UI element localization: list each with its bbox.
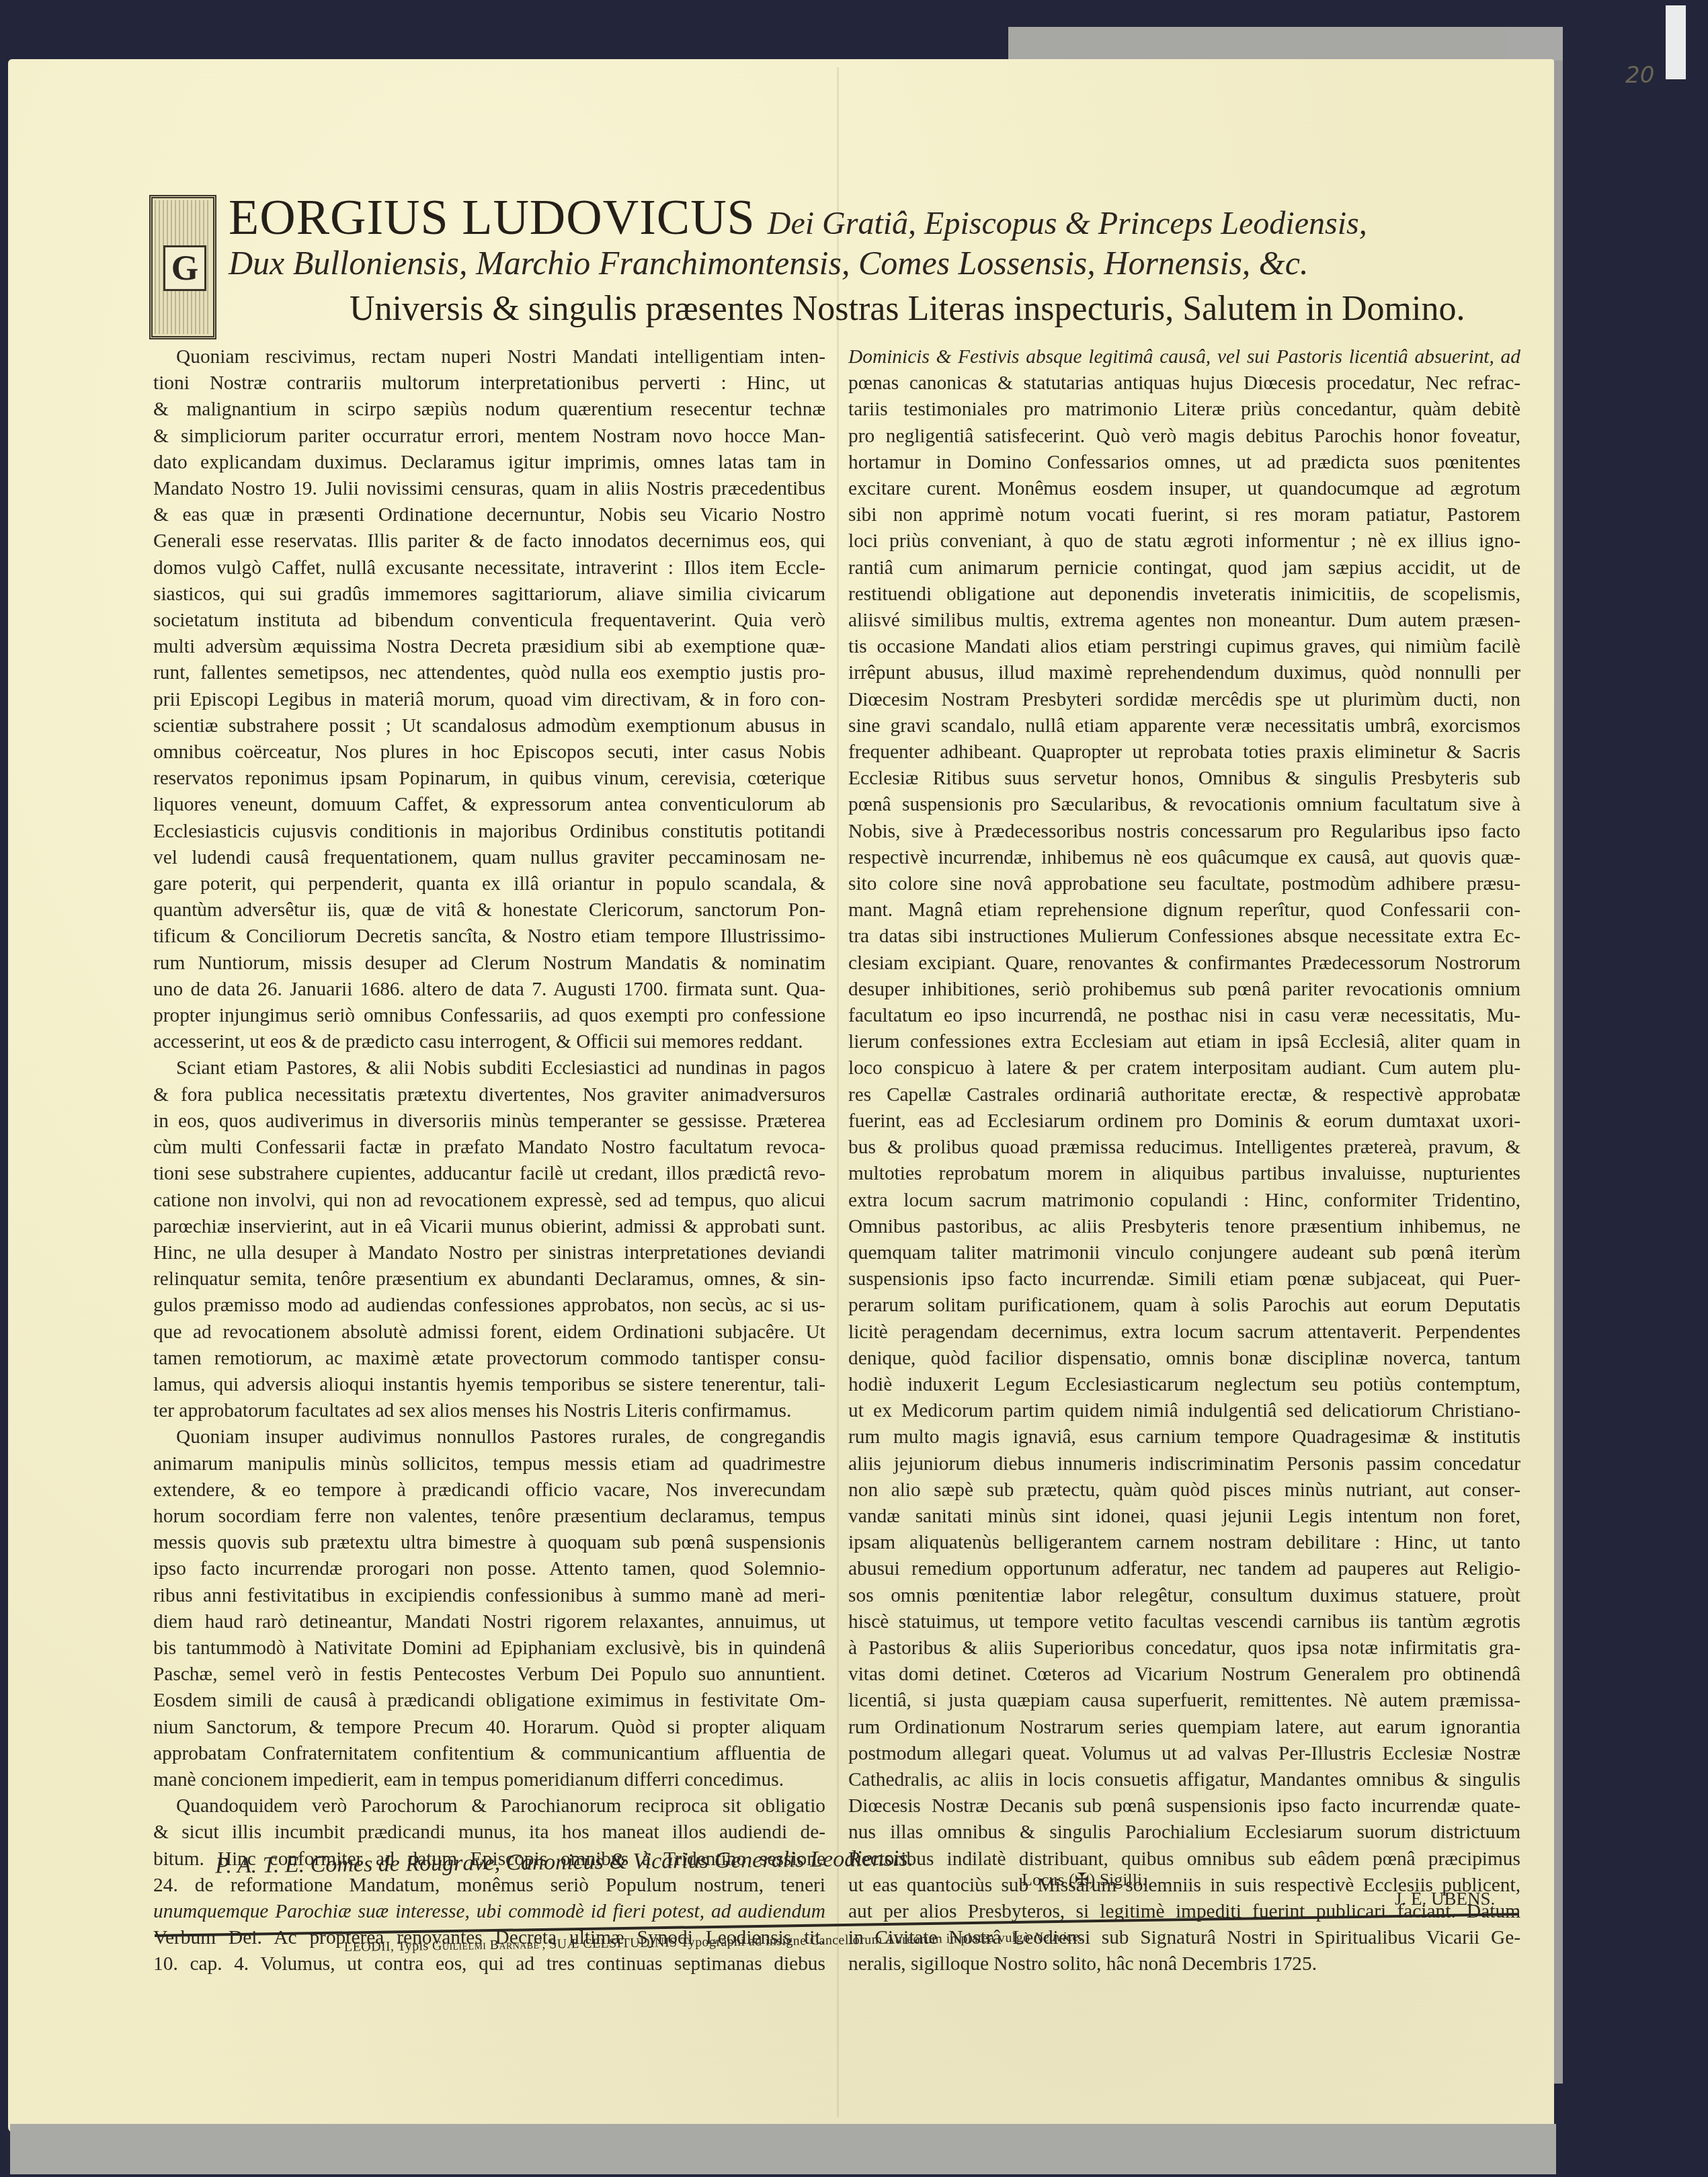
text-line: siasticos, qui sui gradûs immemores sagi… [153, 581, 825, 608]
text-line: nus illas omnibus & singulis Parochialiu… [848, 1819, 1520, 1846]
text-line: denique, quòd facilior dispensatio, omni… [848, 1346, 1520, 1372]
text-line: horum socordiam ferre non valentes, tenô… [153, 1504, 825, 1530]
text-line: non alio sæpè sub prætectu, quàm quòd pi… [848, 1477, 1520, 1504]
text-line: perarum solitam purificationem, quam à s… [848, 1292, 1520, 1319]
scan-calibration-strip [1666, 5, 1686, 79]
text-line: fuerint, eas ad Ecclesiarum ordinem pro … [848, 1108, 1520, 1135]
text-line: cùm multi Confessarii factæ in præfato M… [153, 1135, 825, 1161]
text-line: tioni Nostræ contrariis multorum interpr… [153, 370, 825, 397]
text-line: Ecclesiæ Ritibus suus servetur honos, Om… [848, 766, 1520, 792]
text-line: Quoniam insuper audivimus nonnullos Past… [153, 1424, 825, 1450]
text-line: pro negligentiâ satisfecerint. Quò verò … [848, 423, 1520, 450]
text-line: scientiæ substrahere possit ; Ut scandal… [153, 713, 825, 739]
text-line: hiscè statuimus, ut tempore vetito facul… [848, 1609, 1520, 1635]
text-line: catione non involvi, qui non ad revocati… [153, 1188, 825, 1214]
text-line: rum multo magis ignaviâ, esus carnium te… [848, 1424, 1520, 1450]
text-line: Eosdem simili de causâ à prædicandi obli… [153, 1688, 825, 1714]
text-line: uno de data 26. Januarii 1686. altero de… [153, 977, 825, 1003]
text-line: Dominicis & Festivis absque legitimâ cau… [848, 344, 1520, 370]
conservation-gauze-bottom [10, 2124, 1556, 2174]
text-line: Quoniam rescivimus, rectam nuperi Nostri… [153, 344, 825, 370]
text-line: ut ex Medicorum partim quidem nimiâ indu… [848, 1398, 1520, 1424]
text-line: desuper inhibitiones, seriò prohibemus s… [848, 977, 1520, 1003]
text-column-right: Dominicis & Festivis absque legitimâ cau… [848, 344, 1520, 1978]
text-line: rantiâ cum animarum pernicie contingat, … [848, 555, 1520, 581]
text-line: abusui remedium opportunum adferatur, ne… [848, 1556, 1520, 1582]
text-line: que ad revocationem absolutè admissi for… [153, 1319, 825, 1346]
text-line: Diœcesim Nostram Presbyteri sordidæ merc… [848, 687, 1520, 713]
text-line: messis quovis sub prætextu ultra bimestr… [153, 1530, 825, 1556]
text-line: ipso facto incurrendæ prorogari non poss… [153, 1556, 825, 1582]
text-line: nium Sanctorum, & tempore Precum 40. Hor… [153, 1715, 825, 1741]
text-line: aliis jejuniorum diebus innumeris indisc… [848, 1451, 1520, 1477]
text-line: Mandato Nostro 19. Julii novissimi censu… [153, 476, 825, 502]
text-line: 10. cap. 4. Volumus, ut contra eos, qui … [153, 1951, 825, 1977]
seal-suffix: ) Sigilli. [1090, 1870, 1147, 1889]
heading-line-1: EORGIUS LUDOVICUS Dei Gratiâ, Episcopus … [229, 190, 1367, 247]
text-line: unumquemque Parochiæ suæ interesse, ubi … [153, 1899, 825, 1925]
text-line: à Pastoribus & aliis Superioribus conced… [848, 1635, 1520, 1661]
text-line: sito colore sine novâ approbatione seu f… [848, 871, 1520, 897]
text-line: approbatam Confraternitatem confitentium… [153, 1741, 825, 1767]
text-line: parœchiæ inservierint, aut in eâ Vicarii… [153, 1214, 825, 1240]
text-line: gulos præmisso modo ad audiendas confess… [153, 1292, 825, 1319]
text-line: sine gravi scandalo, nullâ etiam apparen… [848, 713, 1520, 739]
text-line: Cathedralis, ac aliis in locis consuetis… [848, 1767, 1520, 1793]
text-line: in eos, quos audiverimus in diversoriis … [153, 1108, 825, 1135]
text-line: relinquatur semita, tenôre præsentium ex… [153, 1266, 825, 1292]
text-line: dato explicandam duximus. Declaramus igi… [153, 450, 825, 476]
cross-icon: ✠ [1075, 1870, 1090, 1889]
text-line: domos vulgò Caffet, nullâ excusante nece… [153, 555, 825, 581]
folio-number: 20 [1625, 62, 1654, 89]
text-line: Hinc, ne ulla desuper à Mandato Nostro p… [153, 1240, 825, 1266]
text-line: loco conspicuo à latere & per cratem int… [848, 1055, 1520, 1081]
text-line: loci priùs conveniant, à quo de statu æg… [848, 528, 1520, 554]
text-line: accesserint, ut eos & de prædicto casu i… [153, 1029, 825, 1055]
text-line: extendere, & eo tempore à prædicandi off… [153, 1477, 825, 1504]
text-line: tra datas sibi instructiones Mulierum Co… [848, 923, 1520, 950]
text-line: postmodum allegari queat. Volumus ut ad … [848, 1741, 1520, 1767]
text-line: Ecclesiasticis cujusvis conditionis in m… [153, 819, 825, 845]
text-line: bus & prolibus quoad præmissa reducimus.… [848, 1135, 1520, 1161]
text-line: tis occasione Mandati alios etiam perstr… [848, 634, 1520, 660]
imprint-street: Neuvice. [1034, 1930, 1083, 1945]
text-line: propter injungimus seriò omnibus Confess… [153, 1003, 825, 1029]
text-line: licentiâ, si justa quæpiam causa superfu… [848, 1688, 1520, 1714]
text-line: Omnibus pastoribus, ac aliis Presbyteris… [848, 1214, 1520, 1240]
text-line: lamus, qui adversis alioqui instantis hy… [153, 1372, 825, 1398]
text-line: neralis, sigilloque Nostro solito, hâc n… [848, 1951, 1520, 1977]
text-line: clesiam excipiant. Quare, renovantes & c… [848, 950, 1520, 977]
text-line: & sicut illis incumbit prædicandi munus,… [153, 1819, 825, 1846]
text-line: sibi non apprimè notum vocati fuerint, s… [848, 502, 1520, 528]
text-line: sos omnis pœnitentiæ labor relegêtur, co… [848, 1583, 1520, 1609]
text-column-left: Quoniam rescivimus, rectam nuperi Nostri… [153, 344, 825, 1978]
text-line: rum Nuntiorum, missis desuper ad Clerum … [153, 950, 825, 977]
text-line: Diœcesis Nostræ Decanis sub pœnâ suspens… [848, 1793, 1520, 1819]
text-line: vel ludendi causâ frequentationem, quam … [153, 845, 825, 871]
text-line: vandæ sanitati minùs sint idonei, quasi … [848, 1504, 1520, 1530]
seal-prefix: Locus ( [1022, 1870, 1075, 1889]
bishop-titles-1: Dei Gratiâ, Episcopus & Princeps Leodien… [768, 206, 1367, 241]
seal-place: Locus (✠) Sigilli. [1022, 1870, 1147, 1890]
text-line: quemquam taliter matrimonii vinculo conj… [848, 1240, 1520, 1266]
text-line: Paschæ, semel verò in festis Pentecostes… [153, 1661, 825, 1688]
text-line: reservatos reponimus ipsam Popinarum, in… [153, 766, 825, 792]
text-line: excitare curent. Monêmus eosdem insuper,… [848, 476, 1520, 502]
text-line: facultatum eo ipso incurrendâ, ne postha… [848, 1003, 1520, 1029]
text-line: Rectoribus indilatè distribuant, quibus … [848, 1846, 1520, 1873]
conservation-gauze-top [1008, 27, 1563, 60]
text-line: bis tantummodò à Nativitate Domini ad Ep… [153, 1635, 825, 1661]
text-line: Sciant etiam Pastores, & alii Nobis subd… [153, 1055, 825, 1081]
text-line: Generali esse reservatas. Illis pariter … [153, 528, 825, 554]
text-line: tamen remotiorum, ac maximè ætate provec… [153, 1346, 825, 1372]
text-line: pœnas canonicas & statutarias antiquas h… [848, 370, 1520, 397]
salutation: Universis & singulis præsentes Nostras L… [350, 289, 1465, 329]
fold-line [837, 67, 839, 2117]
text-line: res Capellæ Castrales ordinariâ authorit… [848, 1082, 1520, 1108]
text-line: multi adversùm æquissima Nostra Decreta … [153, 634, 825, 660]
text-line: & simpliciorum pariter occurratur errori… [153, 423, 825, 450]
initial-letter: G [163, 245, 206, 291]
text-line: ipsam aliquatenùs belligerantem carnem n… [848, 1530, 1520, 1556]
text-line: omnibus coërceatur, Nos plures in hoc Ep… [153, 739, 825, 766]
text-line: & fora publica necessitatis prætextu div… [153, 1082, 825, 1108]
secretary-signature: J. E. UBENS. [1395, 1889, 1495, 1909]
text-line: extra locum sacrum matrimonio copulandi … [848, 1188, 1520, 1214]
text-line: & malignantium in scirpo sæpiùs nodum qu… [153, 397, 825, 423]
text-line: hortamur in Domino Confessarios omnes, u… [848, 450, 1520, 476]
text-line: prii Episcopi Legibus in materiâ morum, … [153, 687, 825, 713]
text-line: lierum confessiones extra Ecclesiam aut … [848, 1029, 1520, 1055]
text-line: vitas domi detinet. Cœteros ad Vicarium … [848, 1661, 1520, 1688]
text-line: tioni sese substrahere cupientes, adduca… [153, 1161, 825, 1187]
imprint-printer: Guilielmi Barnabe', [432, 1937, 546, 1953]
text-line: irrêpunt abusus, illud maximè reprehende… [848, 660, 1520, 686]
text-line: Nobis, sive à Prædecessoribus nostris co… [848, 819, 1520, 845]
text-line: manè concionem impedierit, eam in tempus… [153, 1767, 825, 1793]
text-line: ribus anni festivitatibus in excipiendis… [153, 1583, 825, 1609]
text-line: tificum & Conciliorum Decretis sancîta, … [153, 923, 825, 950]
text-line: diem haud rarò detineantur, Mandati Nost… [153, 1609, 825, 1635]
bishop-name: EORGIUS LUDOVICUS [229, 190, 756, 245]
text-line: societatum instituta ad bibendum convent… [153, 608, 825, 634]
text-line: & eas quæ in præsenti Ordinatione decern… [153, 502, 825, 528]
imprint-city: LEODII, Typis [344, 1938, 429, 1955]
text-line: respectivè incurrendæ, inhibemus nè eos … [848, 845, 1520, 871]
text-line: animarum manipulis minùs sollicitos, tem… [153, 1451, 825, 1477]
text-line: runt, fallentes semetipsos, nec attenden… [153, 660, 825, 686]
text-line: mant. Magnâ etiam reprehensione dignum r… [848, 897, 1520, 923]
text-line: Quandoquidem verò Parochorum & Parochian… [153, 1793, 825, 1819]
text-line: pœnâ suspensionis pro Sæcularibus, & rev… [848, 792, 1520, 818]
text-line: restituendi obligatione aut deponendis i… [848, 581, 1520, 608]
text-line: aliisvé similibus multis, extrema agente… [848, 608, 1520, 634]
bishop-titles-2: Dux Bulloniensis, Marchio Franchimontens… [229, 243, 1308, 282]
text-line: quantùm adversêtur iis, quæ de vitâ & ho… [153, 897, 825, 923]
decorated-initial: G [149, 195, 216, 339]
text-line: suspensionis ipso facto incurrendæ. Simi… [848, 1266, 1520, 1292]
text-line: liquores veneunt, domuum Caffet, & expre… [153, 792, 825, 818]
text-line: hodiè induxerit Legum Ecclesiasticarum n… [848, 1372, 1520, 1398]
text-line: ter approbatorum facultates ad sex alios… [153, 1398, 825, 1424]
text-line: tariis testimoniales pro matrimonio Lite… [848, 397, 1520, 423]
text-line: frequenter adhibeant. Quapropter ut repr… [848, 739, 1520, 766]
text-line: gare poterit, qui perpenderit, quanta ex… [153, 871, 825, 897]
text-line: rum Ordinationum Nostrarum series quempi… [848, 1715, 1520, 1741]
text-line: licitè peragendam decernimus, extra locu… [848, 1319, 1520, 1346]
text-line: multoties reprobatum morem in aliquibus … [848, 1161, 1520, 1187]
